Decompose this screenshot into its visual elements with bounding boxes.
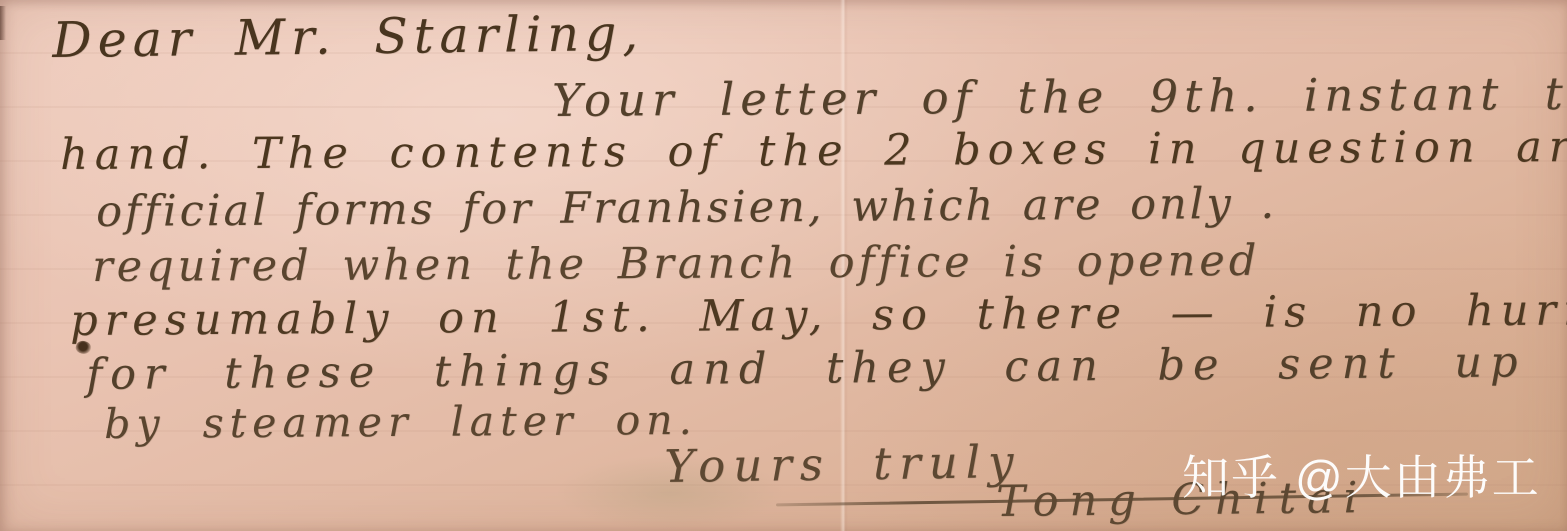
closing-line: Yours truly xyxy=(664,435,1022,493)
letter-paper: Dear Mr. Starling, Your letter of the 9t… xyxy=(0,0,1567,531)
body-line-5: presumably on 1st. May, so there — is no… xyxy=(70,285,1567,346)
watermark: 知乎 @大由弗工 xyxy=(1182,441,1541,508)
body-line-1: Your letter of the 9th. instant to xyxy=(552,67,1567,127)
salutation-line: Dear Mr. Starling, xyxy=(52,5,644,69)
body-line-2: hand. The contents of the 2 boxes in que… xyxy=(60,122,1567,180)
body-line-4: required when the Branch office is opene… xyxy=(92,236,1260,292)
body-line-7: by steamer later on. xyxy=(104,396,698,448)
paper-edge-mark xyxy=(0,6,6,40)
body-line-3: official forms for Franhsien, which are … xyxy=(96,179,1277,237)
